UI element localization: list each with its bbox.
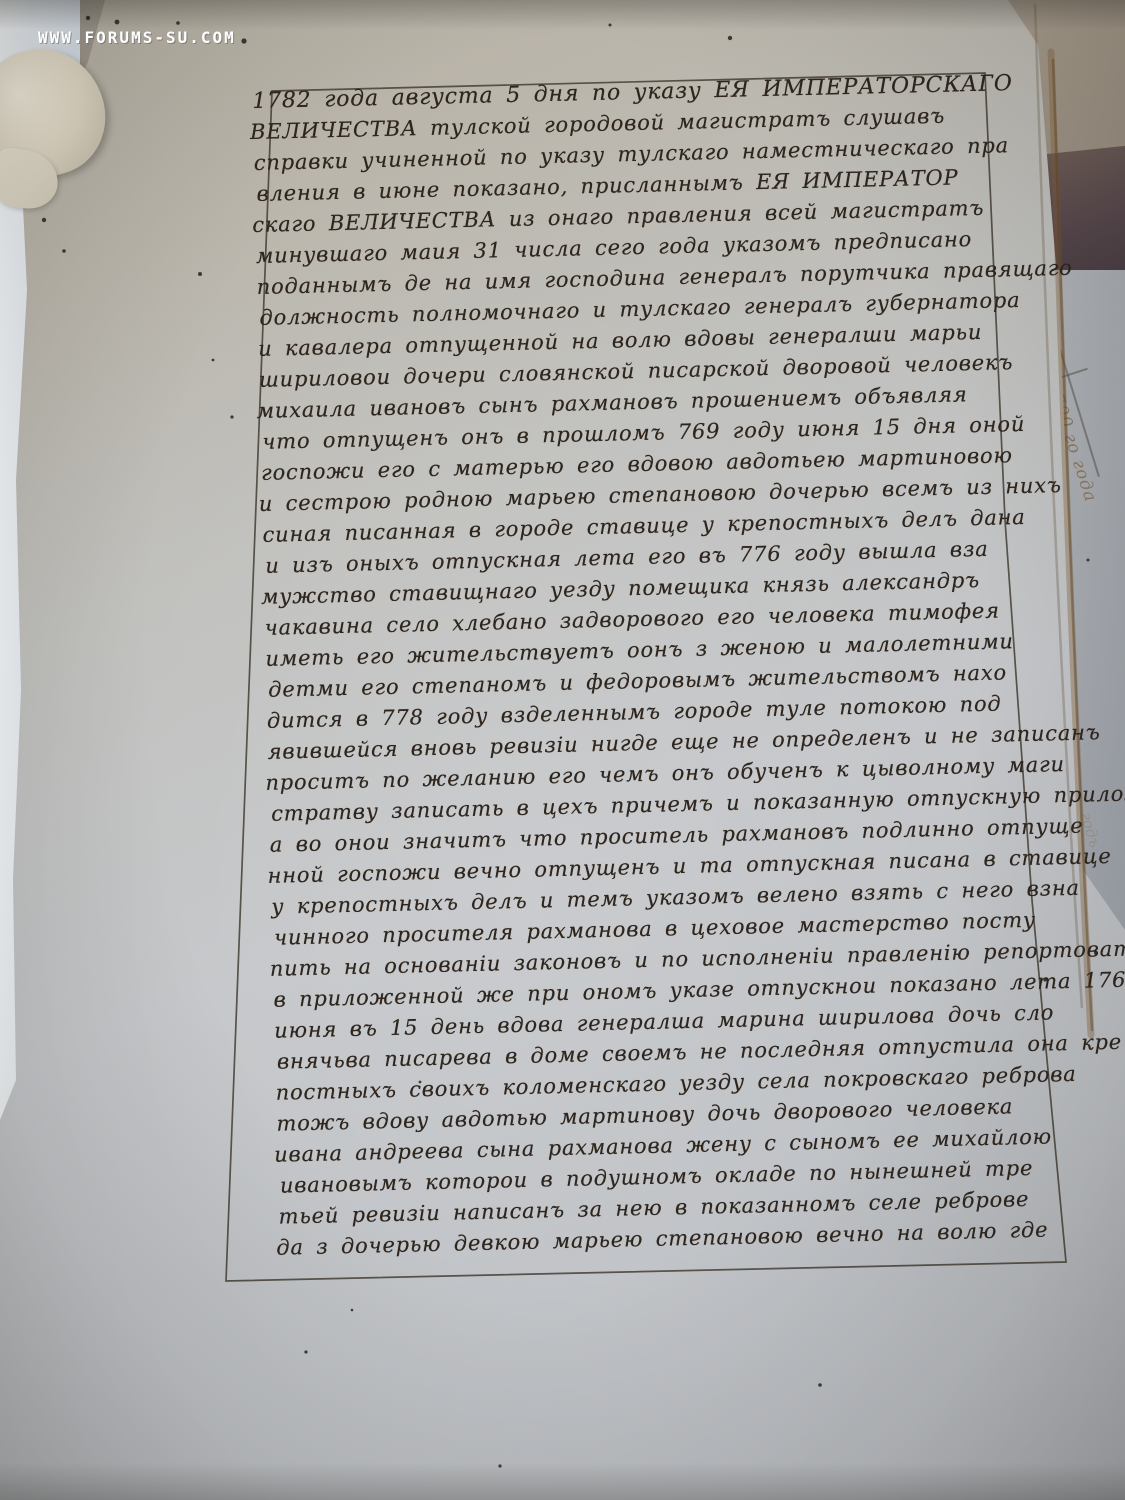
manuscript-text: 1782 года августа 5 дня по указу ЕЯ ИМПЕ…	[252, 68, 1050, 1264]
watermark: WWW.FORUMS-SU.COM	[38, 28, 236, 47]
photograph: 1700 го года годъ 1782 года августа 5 дн…	[0, 0, 1125, 1500]
